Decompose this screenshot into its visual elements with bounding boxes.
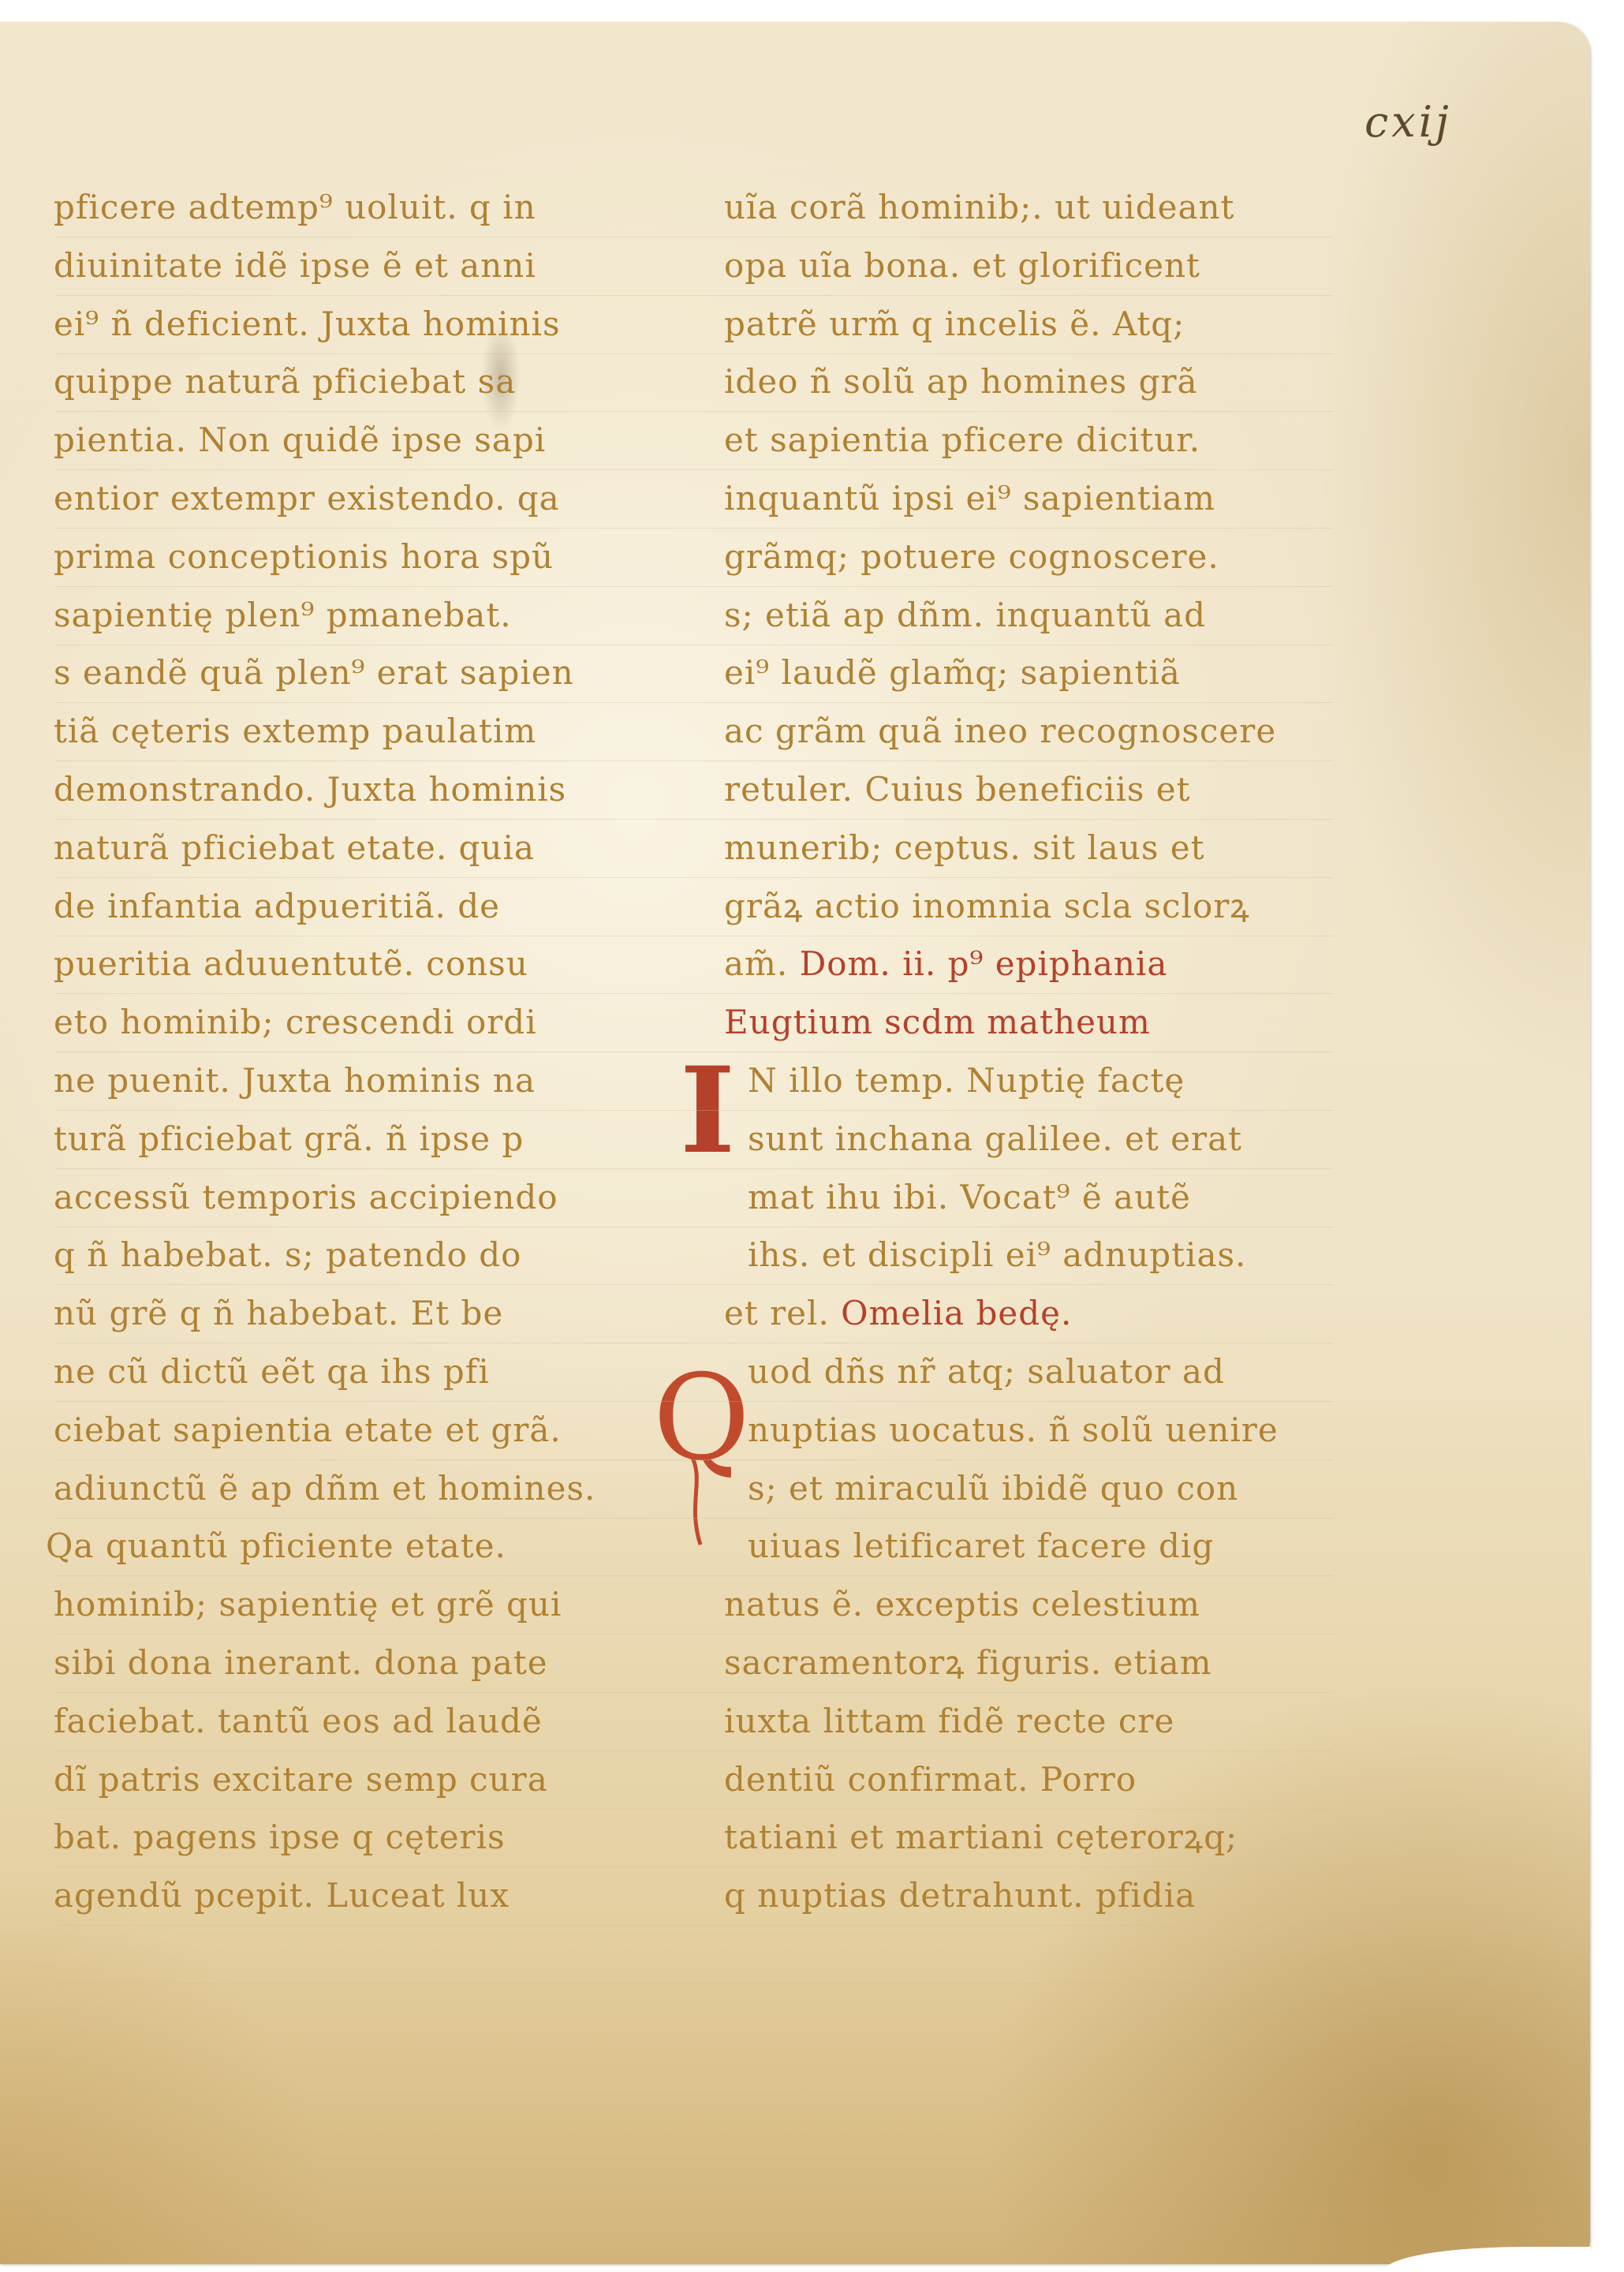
folio-number: cxij <box>1365 97 1452 147</box>
text-line: sibi dona inerant. dona pate <box>54 1643 548 1683</box>
text-line: pueritia aduuentutẽ. consu <box>54 944 528 984</box>
ruling-line <box>55 1867 1333 1867</box>
ruling-line <box>55 1110 1333 1111</box>
text-line: naturã pficiebat etate. quia <box>54 828 535 868</box>
text-line: hominib; sapientię et grẽ qui <box>54 1585 562 1624</box>
text-line: turã pficiebat grã. ñ ipse p <box>54 1119 524 1159</box>
text-line: uiuas letificaret facere dig <box>748 1526 1214 1566</box>
text-line: uĩa corã hominib;. ut uideant <box>724 188 1234 227</box>
text-line: q nuptias detrahunt. pfidia <box>724 1876 1196 1915</box>
text-line: s eandẽ quã plen⁹ erat sapien <box>54 653 574 693</box>
text-line: ideo ñ solũ ap homines grã <box>724 362 1198 402</box>
text-line: s; et miraculũ ibidẽ quo con <box>748 1469 1238 1508</box>
ruling-line <box>55 1284 1333 1285</box>
text-line: ihs. et discipli ei⁹ adnuptias. <box>748 1235 1246 1275</box>
rubric-line: Eugtium scdm matheum <box>724 1003 1151 1042</box>
ruling-line <box>55 645 1333 645</box>
text-segment: et rel. <box>724 1294 841 1332</box>
ruling-line <box>55 1575 1333 1576</box>
text-line: nuptias uocatus. ñ solũ uenire <box>748 1411 1279 1450</box>
ruling-line <box>55 411 1333 412</box>
text-line: pficere adtemp⁹ uoluit. q in <box>54 188 536 227</box>
text-line: mat ihu ibi. Vocat⁹ ẽ autẽ <box>748 1178 1191 1217</box>
ruling-line <box>55 295 1333 296</box>
text-line: inquantũ ipsi ei⁹ sapientiam <box>724 479 1215 518</box>
text-line: nũ grẽ q ñ habebat. Et be <box>54 1294 503 1333</box>
ruling-line <box>55 469 1333 470</box>
ruling-line <box>55 528 1333 529</box>
ruling-line <box>55 1401 1333 1402</box>
ruling-line <box>55 877 1333 878</box>
ruling-line <box>55 1343 1333 1343</box>
ruling-line <box>55 702 1333 703</box>
text-line: sapientię plen⁹ pmanebat. <box>54 596 512 635</box>
text-segment: am̃. <box>724 944 800 983</box>
text-line: prima conceptionis hora spũ <box>54 537 554 577</box>
text-line: agendũ pcepit. Luceat lux <box>54 1876 510 1915</box>
text-line: entior extempr existendo. qa <box>54 479 560 518</box>
text-line: pientia. Non quidẽ ipse sapi <box>54 420 546 460</box>
ruling-line <box>55 1809 1333 1810</box>
ruling-line <box>55 936 1333 936</box>
ruling-line <box>55 1459 1333 1460</box>
text-line: retuler. Cuius beneficiis et <box>724 770 1191 809</box>
text-line: ne puenit. Juxta hominis na <box>54 1061 536 1100</box>
text-line: s; etiã ap dñm. inquantũ ad <box>724 596 1206 635</box>
text-line: accessũ temporis accipiendo <box>54 1178 558 1217</box>
text-line: bat. pagens ipse q cęteris <box>54 1818 506 1857</box>
rubric-text: Dom. ii. p⁹ epiphania <box>800 944 1168 983</box>
text-line: iuxta littam fidẽ recte cre <box>724 1702 1174 1741</box>
text-line: demonstrando. Juxta hominis <box>54 770 566 809</box>
ruling-line <box>55 993 1333 994</box>
ruling-line <box>55 1634 1333 1635</box>
text-line: quippe naturã pficiebat sa <box>54 362 516 402</box>
text-line: N illo temp. Nuptię factę <box>748 1061 1185 1100</box>
text-line: faciebat. tantũ eos ad laudẽ <box>54 1702 543 1741</box>
text-line: ei⁹ ñ deficient. Juxta hominis <box>54 305 561 344</box>
text-line: eto hominib; crescendi ordi <box>54 1003 537 1042</box>
text-line: opa uĩa bona. et glorificent <box>724 246 1200 286</box>
text-line: sunt inchana galilee. et erat <box>748 1119 1242 1159</box>
ruling-line <box>55 819 1333 820</box>
text-line: ac grãm quã ineo recognoscere <box>724 712 1276 751</box>
text-line: grãꝝ actio inomnia scla sclorꝝ <box>724 887 1250 926</box>
decorated-initial-i: I <box>680 1048 735 1174</box>
text-line: dĩ patris excitare semp cura <box>54 1760 548 1799</box>
text-line: et sapientia pficere dicitur. <box>724 420 1200 460</box>
text-line: ne cũ dictũ eẽt qa ihs pfi <box>54 1352 490 1392</box>
text-line: ciebat sapientia etate et grã. <box>54 1411 562 1450</box>
text-line: Qa quantũ pficiente etate. <box>46 1526 506 1566</box>
ruling-line <box>55 1052 1333 1052</box>
text-line: am̃. Dom. ii. p⁹ epiphania <box>724 944 1167 984</box>
ruling-line <box>55 586 1333 587</box>
rubric-text: Omelia bedę. <box>841 1294 1072 1332</box>
ruling-line <box>55 1692 1333 1693</box>
text-line: uod dñs nr̃ atq; saluator ad <box>748 1352 1225 1392</box>
text-line: diuinitate idẽ ipse ẽ et anni <box>54 246 536 286</box>
text-line: adiunctũ ẽ ap dñm et homines. <box>54 1469 595 1508</box>
ruling-line <box>55 1518 1333 1519</box>
manuscript-page: cxij pficere adtemp⁹ uoluit. q indiuinit… <box>0 22 1590 2264</box>
ruling-line <box>55 353 1333 354</box>
initial-q-tail-flourish <box>686 1458 710 1553</box>
text-line: grãmq; potuere cognoscere. <box>724 537 1219 577</box>
ruling-line <box>55 760 1333 761</box>
text-line: q ñ habebat. s; patendo do <box>54 1235 521 1275</box>
ruling-line <box>55 1983 1333 1984</box>
ruling-line <box>55 1168 1333 1169</box>
ruling-line <box>55 1227 1333 1228</box>
text-line: dentiũ confirmat. Porro <box>724 1760 1137 1799</box>
text-line: de infantia adpueritiã. de <box>54 887 500 926</box>
text-line: munerib; ceptus. sit laus et <box>724 828 1205 868</box>
ruling-line <box>55 1751 1333 1751</box>
text-line: natus ẽ. exceptis celestium <box>724 1585 1200 1624</box>
text-line: tatiani et martiani cęterorꝝq; <box>724 1818 1238 1857</box>
text-line: tiã cęteris extemp paulatim <box>54 712 536 751</box>
text-line: ei⁹ laudẽ glam̃q; sapientiã <box>724 653 1181 693</box>
text-line: et rel. Omelia bedę. <box>724 1294 1072 1333</box>
ruling-line <box>55 237 1333 237</box>
text-line: patrẽ urm̃ q incelis ẽ. Atq; <box>724 305 1185 344</box>
ruling-line <box>55 1925 1333 1926</box>
text-line: sacramentorꝝ figuris. etiam <box>724 1643 1212 1683</box>
